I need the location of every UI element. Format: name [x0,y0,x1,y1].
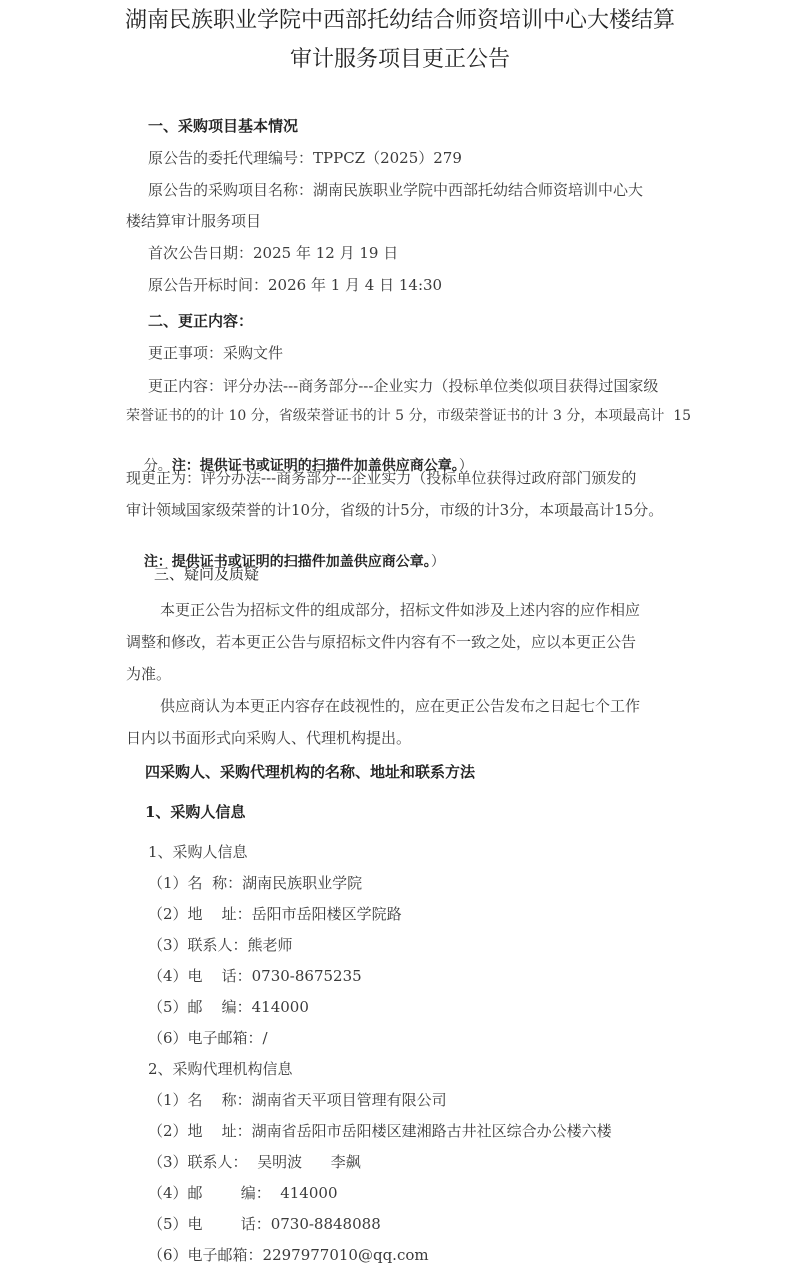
purchaser-name: （1）名 称：湖南民族职业学院 [148,873,362,893]
section3-heading: 三、疑问及质疑 [154,564,259,584]
purchaser-contact: （3）联系人：熊老师 [148,935,293,955]
title-line-1: 湖南民族职业学院中西部托幼结合师资培训中心大楼结算 [0,6,800,36]
first-announcement-date: 首次公告日期：2025 年 12 月 19 日 [148,243,398,263]
section3-para1-line1: 本更正公告为招标文件的组成部分，招标文件如涉及上述内容的应作相应 [160,600,640,620]
purchaser-postcode: （5）邮 编：414000 [148,997,309,1017]
section4-heading: 四采购人、采购代理机构的名称、地址和联系方法 [145,762,475,782]
purchaser-address: （2）地 址：岳阳市岳阳楼区学院路 [148,904,402,924]
purchaser-subheading-bold: 1、采购人信息 [145,802,245,822]
project-name-line-1: 原公告的采购项目名称：湖南民族职业学院中西部托幼结合师资培训中心大 [148,180,643,200]
agency-code: 原公告的委托代理编号：TPPCZ（2025）279 [148,148,462,168]
agency-postcode: （4）邮 编： 414000 [148,1183,338,1203]
agency-phone: （5）电 话：0730-8848088 [148,1214,381,1234]
new-content-line-1: 现更正为：评分办法---商务部分---企业实力（投标单位获得过政府部门颁发的 [126,468,636,488]
correction-content-line-2: 荣誉证书的的计 10 分，省级荣誉证书的计 5 分，市级荣誉证书的计 3 分，本… [126,406,691,426]
new-content-line-2: 审计领域国家级荣誉的计10分，省级的计5分，市级的计3分，本项最高计15分。 [126,500,663,520]
correction-content-line-1: 更正内容：评分办法---商务部分---企业实力（投标单位类似项目获得过国家级 [148,376,658,396]
purchaser-phone: （4）电 话：0730-8675235 [148,966,362,986]
agency-contact: （3）联系人： 吴明波 李飙 [148,1152,361,1172]
agency-name: （1）名 称：湖南省天平项目管理有限公司 [148,1090,447,1110]
purchaser-heading: 1、采购人信息 [148,842,248,862]
correction-item: 更正事项：采购文件 [148,343,283,363]
original-open-time: 原公告开标时间：2026 年 1 月 4 日 14:30 [148,275,442,295]
purchaser-email: （6）电子邮箱：/ [148,1028,268,1048]
agency-address: （2）地 址：湖南省岳阳市岳阳楼区建湘路古井社区综合办公楼六楼 [148,1121,612,1141]
agency-heading: 2、采购代理机构信息 [148,1059,293,1079]
project-name-line-2: 楼结算审计服务项目 [126,211,261,231]
section1-heading: 一、采购项目基本情况 [148,116,298,136]
section3-para1-line3: 为准。 [126,664,171,684]
agency-email: （6）电子邮箱：2297977010@qq.com [148,1245,429,1265]
section3-para1-line2: 调整和修改，若本更正公告与原招标文件内容有不一致之处，应以本更正公告 [126,632,636,652]
title-line-2: 审计服务项目更正公告 [0,45,800,75]
section3-para2-line2: 日内以书面形式向采购人、代理机构提出。 [126,728,411,748]
new-paren: ） [431,554,445,570]
section2-heading: 二、更正内容： [148,311,253,331]
section3-para2-line1: 供应商认为本更正内容存在歧视性的，应在更正公告发布之日起七个工作 [160,696,640,716]
